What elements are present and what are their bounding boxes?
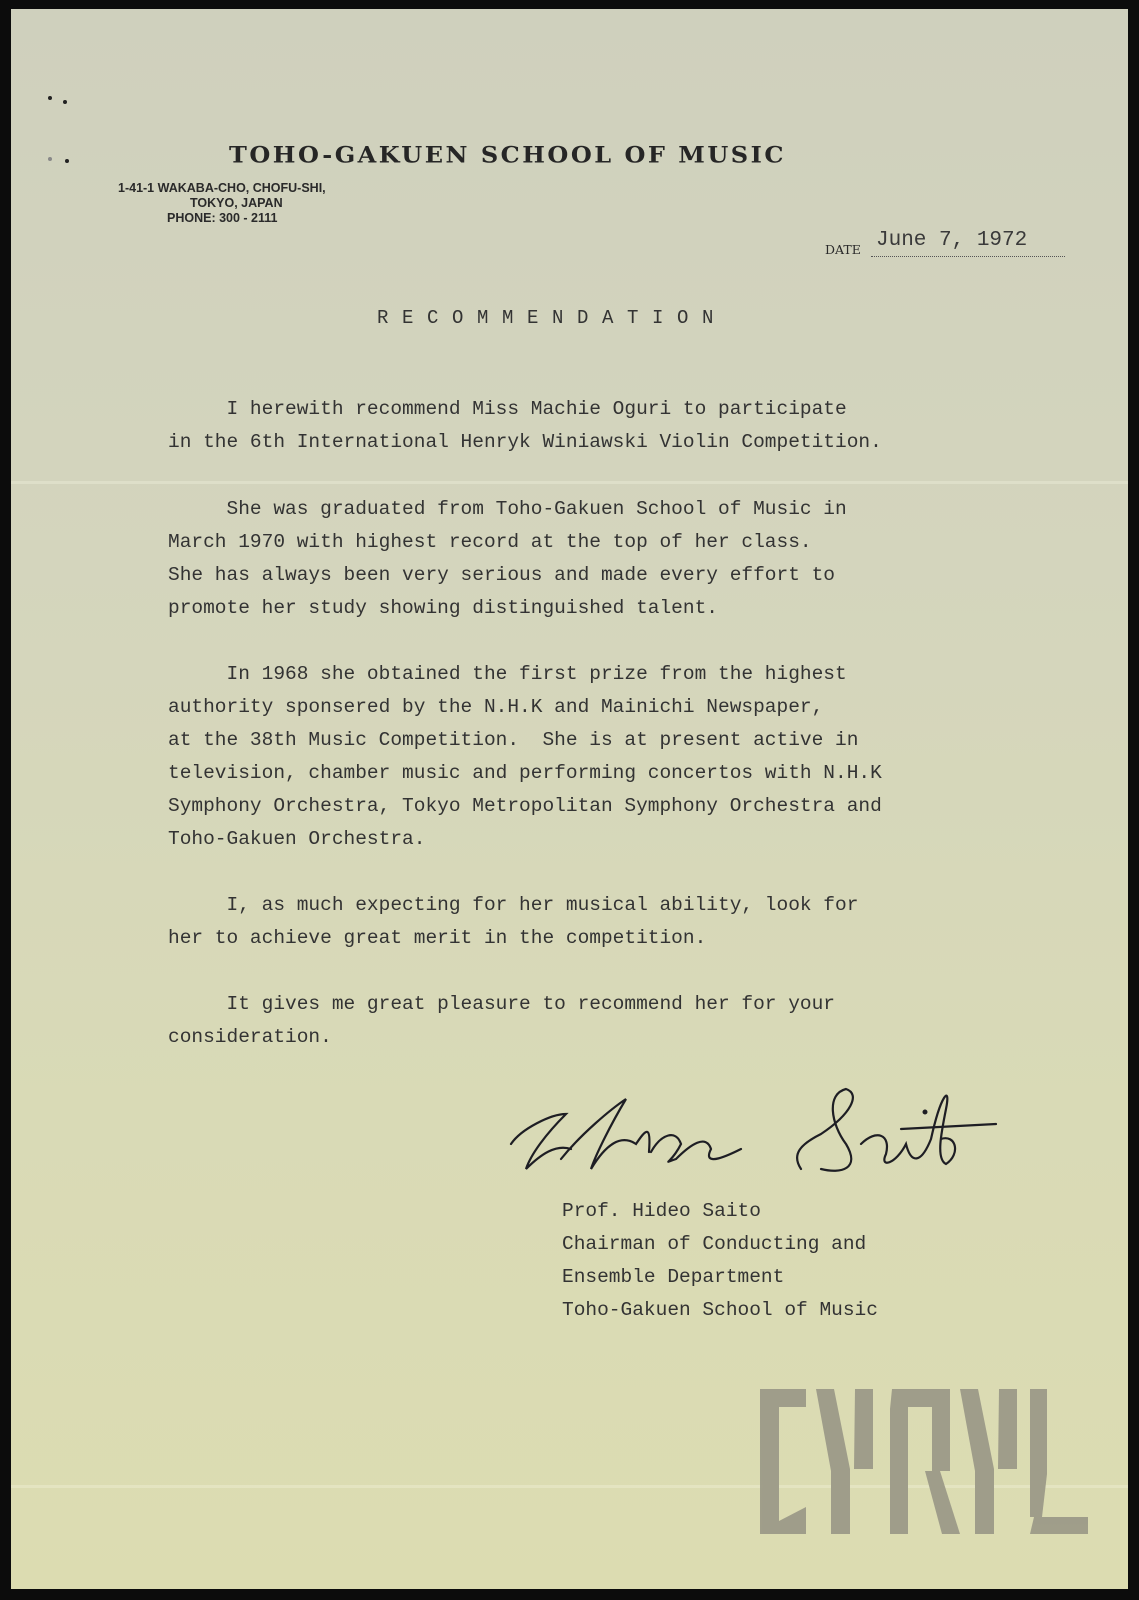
body-paragraph: She was graduated from Toho-Gakuen Schoo… (168, 493, 1028, 625)
address-line: 1-41-1 WAKABA-CHO, CHOFU-SHI, (118, 181, 326, 196)
paper-fold-line (11, 481, 1128, 484)
punch-hole-mark (63, 100, 67, 104)
body-paragraph: In 1968 she obtained the first prize fro… (168, 658, 1028, 856)
signatory-block: Prof. Hideo SaitoChairman of Conducting … (562, 1195, 878, 1327)
institution-name: TOHO-GAKUEN SCHOOL OF MUSIC (229, 141, 786, 168)
punch-hole-mark (65, 159, 69, 163)
body-paragraph: I, as much expecting for her musical abi… (168, 889, 1028, 955)
date-field: DATE June 7, 1972 (825, 229, 1065, 259)
punch-hole-mark (48, 96, 52, 100)
document-title: RECOMMENDATION (377, 307, 727, 329)
date-label: DATE (825, 242, 861, 257)
body-paragraph: It gives me great pleasure to recommend … (168, 988, 1028, 1054)
phone-line: PHONE: 300 - 2111 (118, 211, 326, 226)
signatory-name: Prof. Hideo Saito (562, 1195, 878, 1228)
body-paragraph: I herewith recommend Miss Machie Oguri t… (168, 393, 1028, 459)
date-dotted-line (871, 256, 1065, 257)
date-value: June 7, 1972 (876, 229, 1027, 252)
letter-page: TOHO-GAKUEN SCHOOL OF MUSIC 1-41-1 WAKAB… (11, 9, 1128, 1589)
signatory-title: Chairman of Conducting and (562, 1228, 878, 1261)
signatory-institution: Toho-Gakuen School of Music (562, 1294, 878, 1327)
handwritten-signature (501, 1074, 1001, 1194)
address-line: TOKYO, JAPAN (118, 196, 326, 211)
institution-address: 1-41-1 WAKABA-CHO, CHOFU-SHI, TOKYO, JAP… (118, 181, 326, 226)
signatory-department: Ensemble Department (562, 1261, 878, 1294)
punch-hole-mark (48, 157, 52, 161)
cyryl-watermark-logo: CYRYL (760, 1389, 1090, 1539)
